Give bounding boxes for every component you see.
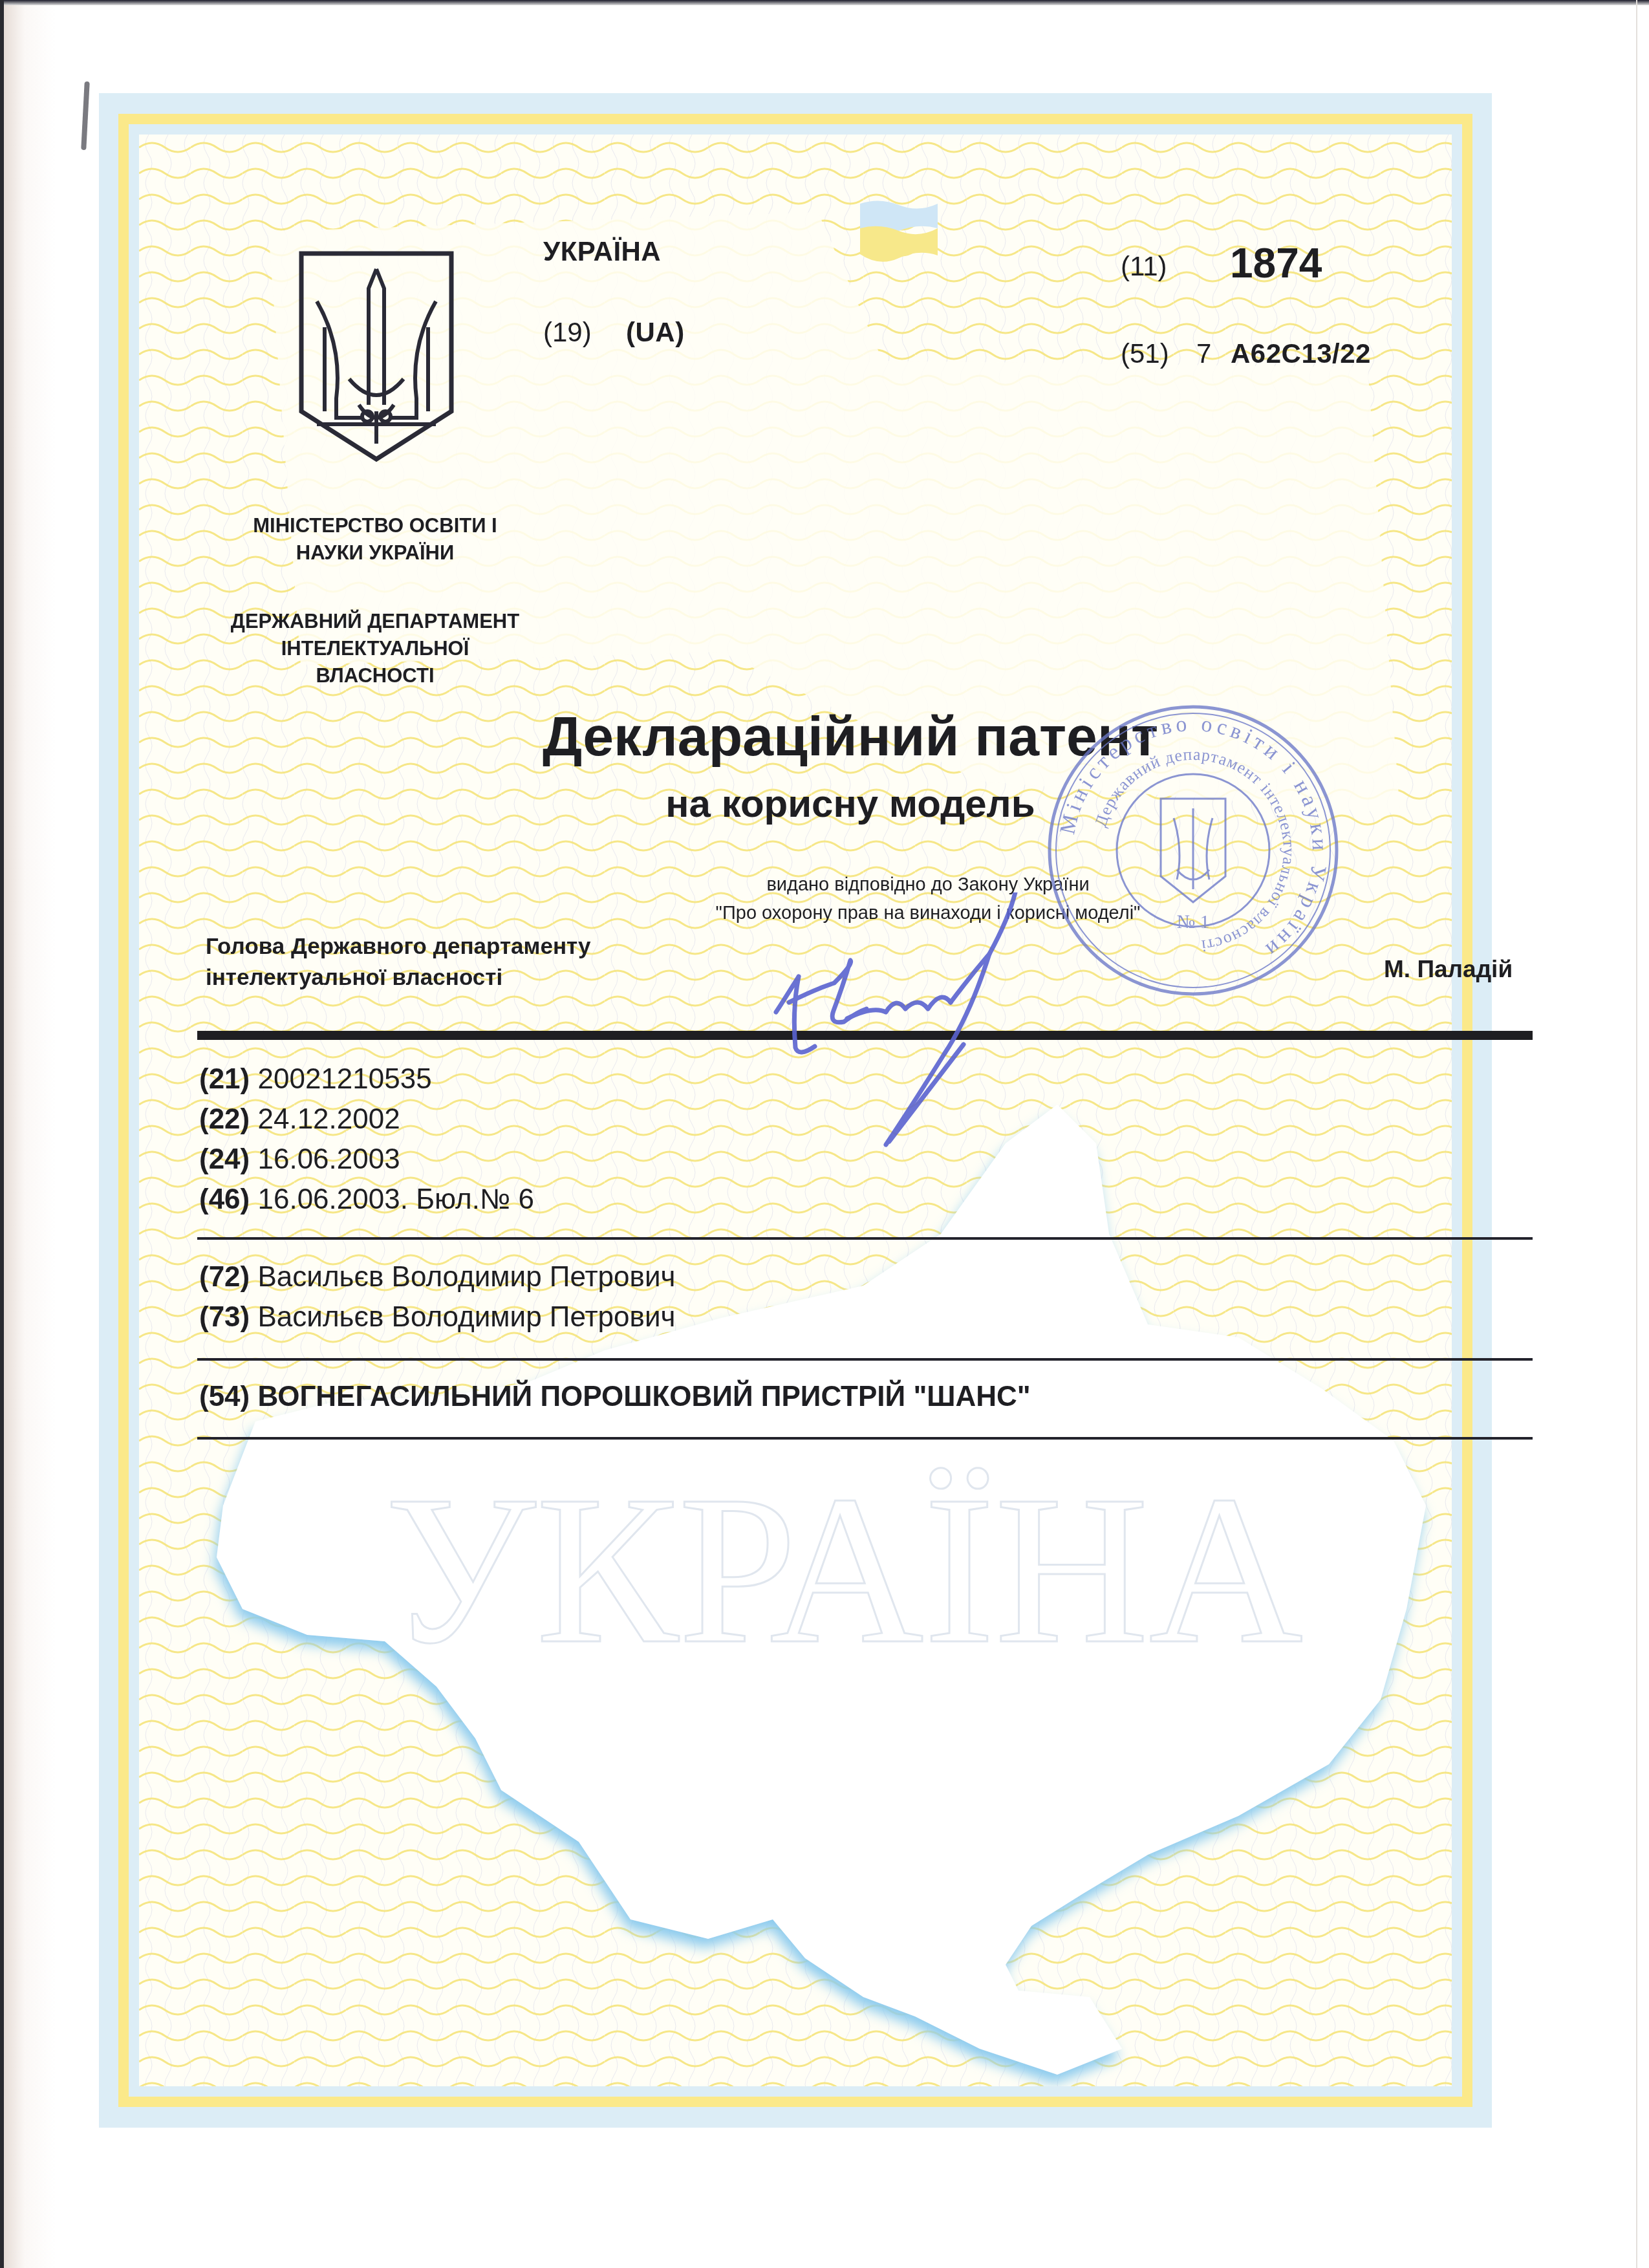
bib-code: (72) [199, 1261, 250, 1293]
document-title: Деклараційний патент [0, 705, 1649, 769]
signatory-position-line-1: Голова Державного департаменту [206, 931, 591, 962]
department-name: ДЕРЖАВНИЙ ДЕПАРТАМЕНТ ІНТЕЛЕКТУАЛЬНОЇ ВЛ… [181, 608, 569, 689]
scan-edge-top [0, 0, 1649, 5]
divider [197, 1237, 1533, 1240]
bibliographic-persons: (72) Васильєв Володимир Петрович (73) Ва… [199, 1257, 675, 1337]
patent-number-label: (11) [1121, 251, 1167, 282]
ipc-edition: 7 [1196, 338, 1211, 369]
signatory-position-line-2: інтелектуальної власності [206, 962, 591, 993]
ministry-line-1: МІНІСТЕРСТВО ОСВІТИ І [181, 512, 569, 539]
ministry-name: МІНІСТЕРСТВО ОСВІТИ І НАУКИ УКРАЇНИ [181, 512, 569, 567]
effective-date: 16.06.2003 [257, 1143, 400, 1175]
document-subtitle: на корисну модель [0, 781, 1649, 826]
bib-code: (24) [199, 1143, 250, 1175]
divider [197, 1358, 1533, 1361]
bib-code: (73) [199, 1301, 250, 1333]
patent-number: 1874 [1230, 239, 1322, 287]
bib-row-21: (21) 20021210535 [199, 1059, 534, 1099]
country-name: УКРАЇНА [543, 236, 661, 267]
ministry-line-2: НАУКИ УКРАЇНИ [181, 539, 569, 567]
coat-of-arms-icon [297, 250, 455, 463]
bib-code: (46) [199, 1183, 250, 1215]
stamp-number: № 1 [1176, 911, 1209, 933]
bib-row-22: (22) 24.12.2002 [199, 1099, 534, 1139]
page-fold [1636, 0, 1637, 2268]
department-line-2: ІНТЕЛЕКТУАЛЬНОЇ [181, 635, 569, 662]
ipc-label: (51) [1121, 338, 1169, 369]
bib-row-73: (73) Васильєв Володимир Петрович [199, 1297, 675, 1337]
flag-icon [860, 197, 938, 262]
signature [737, 892, 1099, 1164]
divider [197, 1437, 1533, 1440]
publication-date: 16.06.2003. Бюл.№ 6 [257, 1183, 533, 1215]
country-code-label: (19) [543, 317, 592, 348]
scan-shadow [4, 5, 56, 2268]
invention-title: (54) ВОГНЕГАСИЛЬНИЙ ПОРОШКОВИЙ ПРИСТРІЙ … [199, 1381, 1031, 1413]
staple-icon [81, 81, 90, 150]
signatory-name: М. Паладій [1384, 956, 1513, 983]
bib-code: (22) [199, 1103, 250, 1135]
filing-date: 24.12.2002 [257, 1103, 400, 1135]
bib-code: (21) [199, 1063, 250, 1095]
bib-row-72: (72) Васильєв Володимир Петрович [199, 1257, 675, 1297]
department-line-1: ДЕРЖАВНИЙ ДЕПАРТАМЕНТ [181, 608, 569, 635]
watermark-ukraina: УКРАЇНА [385, 1452, 1303, 1688]
bibliographic-dates: (21) 20021210535 (22) 24.12.2002 (24) 16… [199, 1059, 534, 1220]
invention-title-text: ВОГНЕГАСИЛЬНИЙ ПОРОШКОВИЙ ПРИСТРІЙ "ШАНС… [257, 1381, 1030, 1412]
bib-row-46: (46) 16.06.2003. Бюл.№ 6 [199, 1180, 534, 1220]
ipc-class: A62C13/22 [1231, 338, 1371, 369]
bib-code: (54) [199, 1381, 250, 1412]
country-code: (UA) [626, 317, 685, 348]
application-number: 20021210535 [257, 1063, 431, 1095]
signatory-position: Голова Державного департаменту інтелекту… [206, 931, 591, 993]
inventor-name: Васильєв Володимир Петрович [257, 1261, 675, 1293]
bib-row-24: (24) 16.06.2003 [199, 1139, 534, 1180]
owner-name: Васильєв Володимир Петрович [257, 1301, 675, 1333]
department-line-3: ВЛАСНОСТІ [181, 662, 569, 689]
